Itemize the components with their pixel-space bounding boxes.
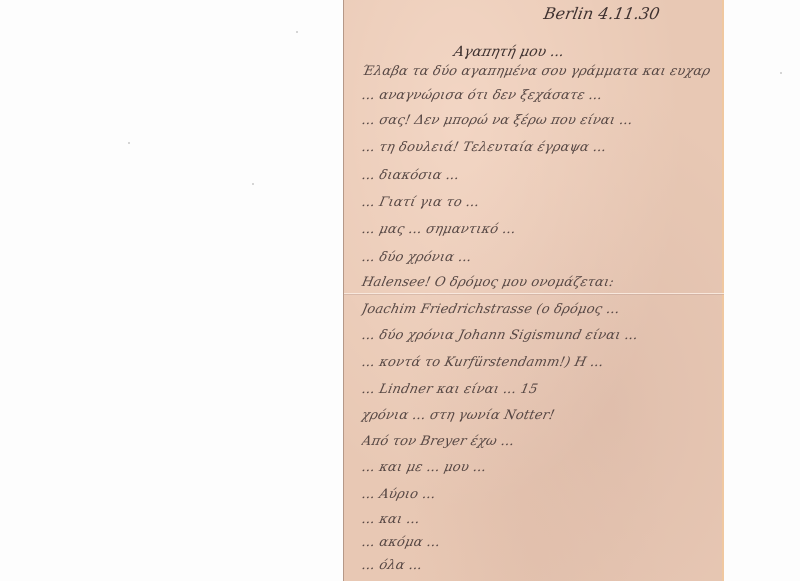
handwritten-line: ... τη δουλειά! Τελευταία έγραψα ... xyxy=(360,140,711,155)
handwritten-line: ... ακόμα ... xyxy=(360,535,711,550)
handwritten-line: ... Αύριο ... xyxy=(360,487,711,502)
handwritten-line: ... μας ... σημαντικό ... xyxy=(360,222,711,237)
handwritten-line: ... Γιατί για το ... xyxy=(360,195,711,210)
handwritten-line: ... Lindner και είναι ... 15 xyxy=(360,382,711,397)
handwritten-line: ... δύο χρόνια Johann Sigismund είναι ..… xyxy=(360,328,711,343)
handwritten-line: ... και ... xyxy=(360,512,711,527)
handwritten-line: Halensee! Ο δρόμος μου ονομάζεται: xyxy=(360,275,711,290)
dust-speck xyxy=(296,31,298,33)
fold-crease xyxy=(344,293,724,294)
handwritten-line: ... όλα ... xyxy=(360,558,711,573)
handwritten-line: χρόνια ... στη γωνία Notter! xyxy=(360,408,711,423)
handwritten-line: Έλαβα τα δύο αγαπημένα σου γράμματα και … xyxy=(360,64,711,79)
dust-speck xyxy=(128,142,130,144)
letter-page: Berlin 4.11.30 Αγαπητή μου ... Έλαβα τα … xyxy=(343,0,724,581)
handwritten-line: ... αναγνώρισα ότι δεν ξεχάσατε ... xyxy=(360,88,711,103)
letter-salutation: Αγαπητή μου ... xyxy=(452,44,565,60)
dust-speck xyxy=(780,72,782,74)
handwritten-line: Joachim Friedrichstrasse (ο δρόμος ... xyxy=(360,302,711,317)
dust-speck xyxy=(252,183,254,185)
letter-date: Berlin 4.11.30 xyxy=(542,4,661,23)
handwritten-line: ... και με ... μου ... xyxy=(360,460,711,475)
handwritten-line: ... κοντά το Kurfürstendamm!) Η ... xyxy=(360,355,711,370)
handwritten-line: Από τον Breyer έχω ... xyxy=(360,434,711,449)
handwritten-line: ... δύο χρόνια ... xyxy=(360,250,711,265)
handwritten-line: ... διακόσια ... xyxy=(360,168,711,183)
handwritten-line: ... σας! Δεν μπορώ να ξέρω που είναι ... xyxy=(360,113,711,128)
